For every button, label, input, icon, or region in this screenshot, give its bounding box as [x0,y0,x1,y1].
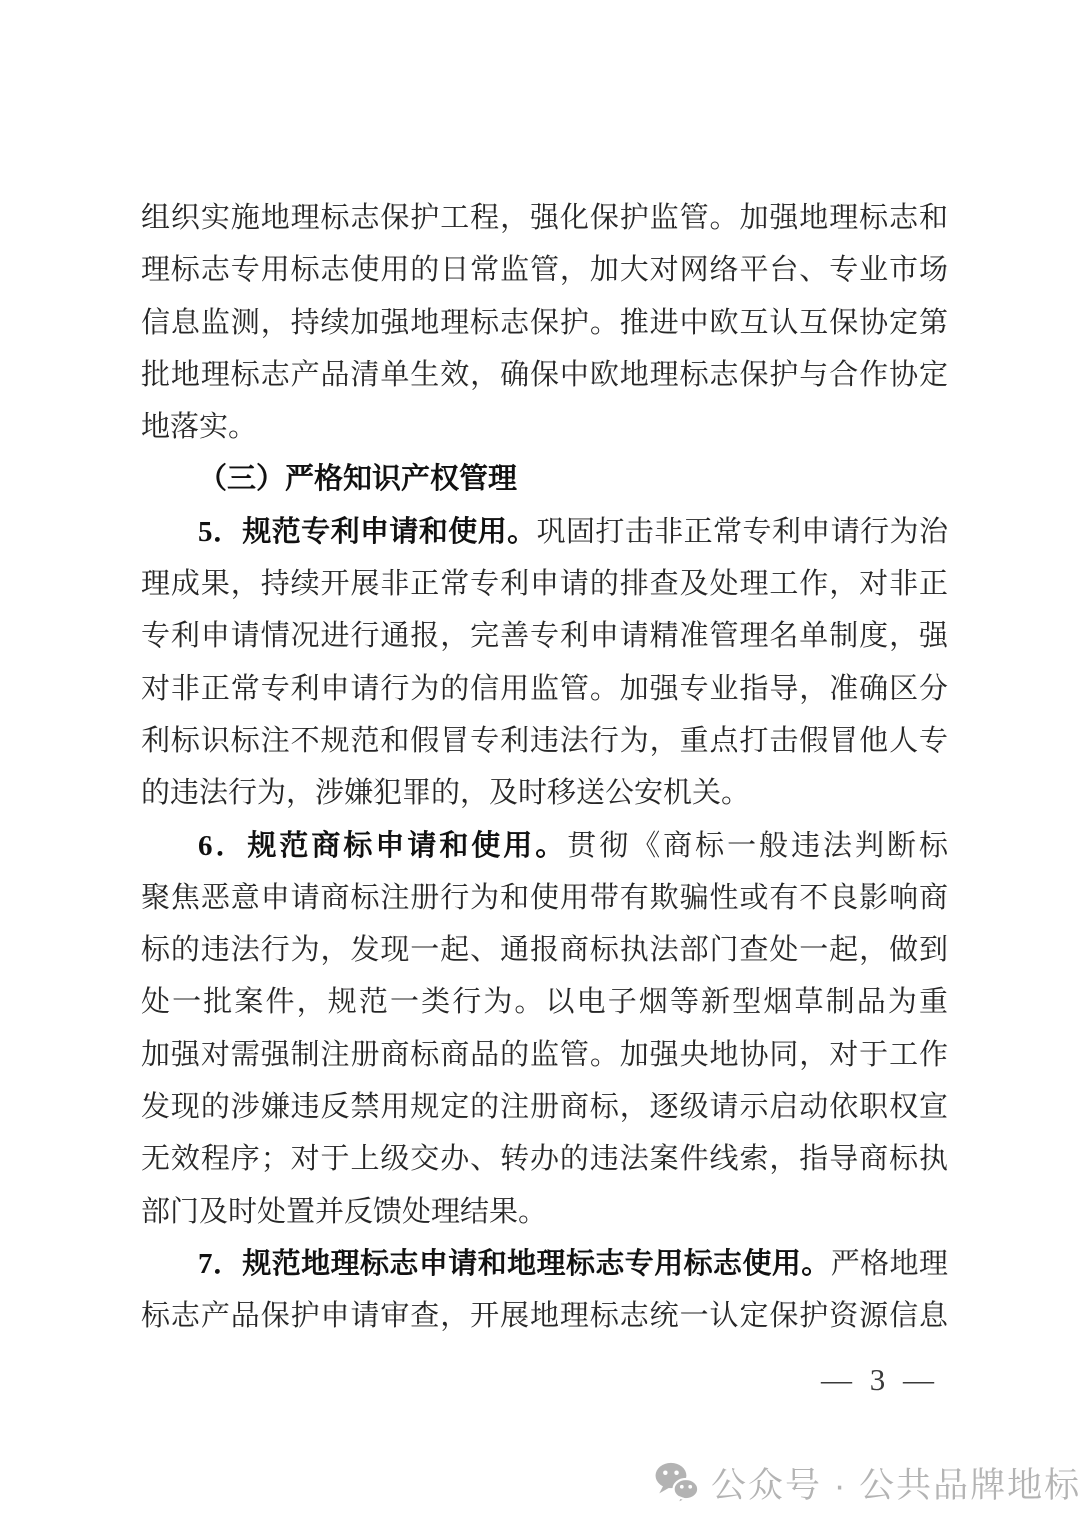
text-line: 专利申请情况进行通报，完善专利申请精准管理名单制度，强化 [141,610,948,662]
document-body: 组织实施地理标志保护工程，强化保护监管。加强地理标志和地理标志专用标志使用的日常… [141,192,948,1343]
paragraph-text: 严格地理 [831,1248,948,1280]
text-line: 理成果，持续开展非正常专利申请的排查及处理工作，对非正常 [141,558,948,610]
wechat-icon [655,1462,700,1505]
text-line: 理标志专用标志使用的日常监管，加大对网络平台、专业市场等 [141,244,948,296]
document-page: 组织实施地理标志保护工程，强化保护监管。加强地理标志和地理标志专用标志使用的日常… [0,0,1080,1527]
paragraph-lead-bold: 6．规范商标申请和使用。 [198,830,567,862]
text-line: 标的违法行为，发现一起、通报商标执法部门查处一起，做到查 [141,924,948,976]
wechat-footer: 公众号 · 公共品牌地标委 [655,1458,1080,1508]
paragraph-text: 巩固打击非正常专利申请行为治 [537,516,948,548]
text-line: 聚焦恶意申请商标注册行为和使用带有欺骗性或有不良影响商 [141,872,948,924]
text-line: 组织实施地理标志保护工程，强化保护监管。加强地理标志和地 [141,192,948,244]
text-line: 标志产品保护申请审查，开展地理标志统一认定保护资源信息核 [141,1290,948,1342]
text-line: 加强对需强制注册商标商品的监管。加强央地协同，对于工作中 [141,1029,948,1081]
text-line: 6．规范商标申请和使用。贯彻《商标一般违法判断标准》， [141,820,948,872]
text-line: 的违法行为，涉嫌犯罪的，及时移送公安机关。 [141,767,948,819]
text-line: 发现的涉嫌违反禁用规定的注册商标，逐级请示启动依职权宣告 [141,1081,948,1133]
text-line: 地落实。 [141,401,948,453]
text-line: 部门及时处置并反馈处理结果。 [141,1186,948,1238]
text-line: 信息监测，持续加强地理标志保护。推进中欧互认互保协定第二 [141,297,948,349]
text-line: 对非正常专利申请行为的信用监管。加强专业指导，准确区分专 [141,663,948,715]
text-line: 5．规范专利申请和使用。巩固打击非正常专利申请行为治 [141,506,948,558]
text-line: 利标识标注不规范和假冒专利违法行为，重点打击假冒他人专利 [141,715,948,767]
text-line: 批地理标志产品清单生效，确保中欧地理标志保护与合作协定落 [141,349,948,401]
section-heading: （三）严格知识产权管理 [141,453,948,505]
paragraph-lead-bold: 7．规范地理标志申请和地理标志专用标志使用。 [198,1248,831,1280]
page-number: — 3 — [790,1362,970,1398]
wechat-account-label: 公众号 · 公共品牌地标委 [711,1458,1080,1508]
paragraph-lead-bold: 5．规范专利申请和使用。 [198,516,537,548]
text-line: 处一批案件，规范一类行为。以电子烟等新型烟草制品为重点， [141,976,948,1028]
text-line: 无效程序；对于上级交办、转办的违法案件线索，指导商标执法 [141,1133,948,1185]
text-line: 7．规范地理标志申请和地理标志专用标志使用。严格地理 [141,1238,948,1290]
